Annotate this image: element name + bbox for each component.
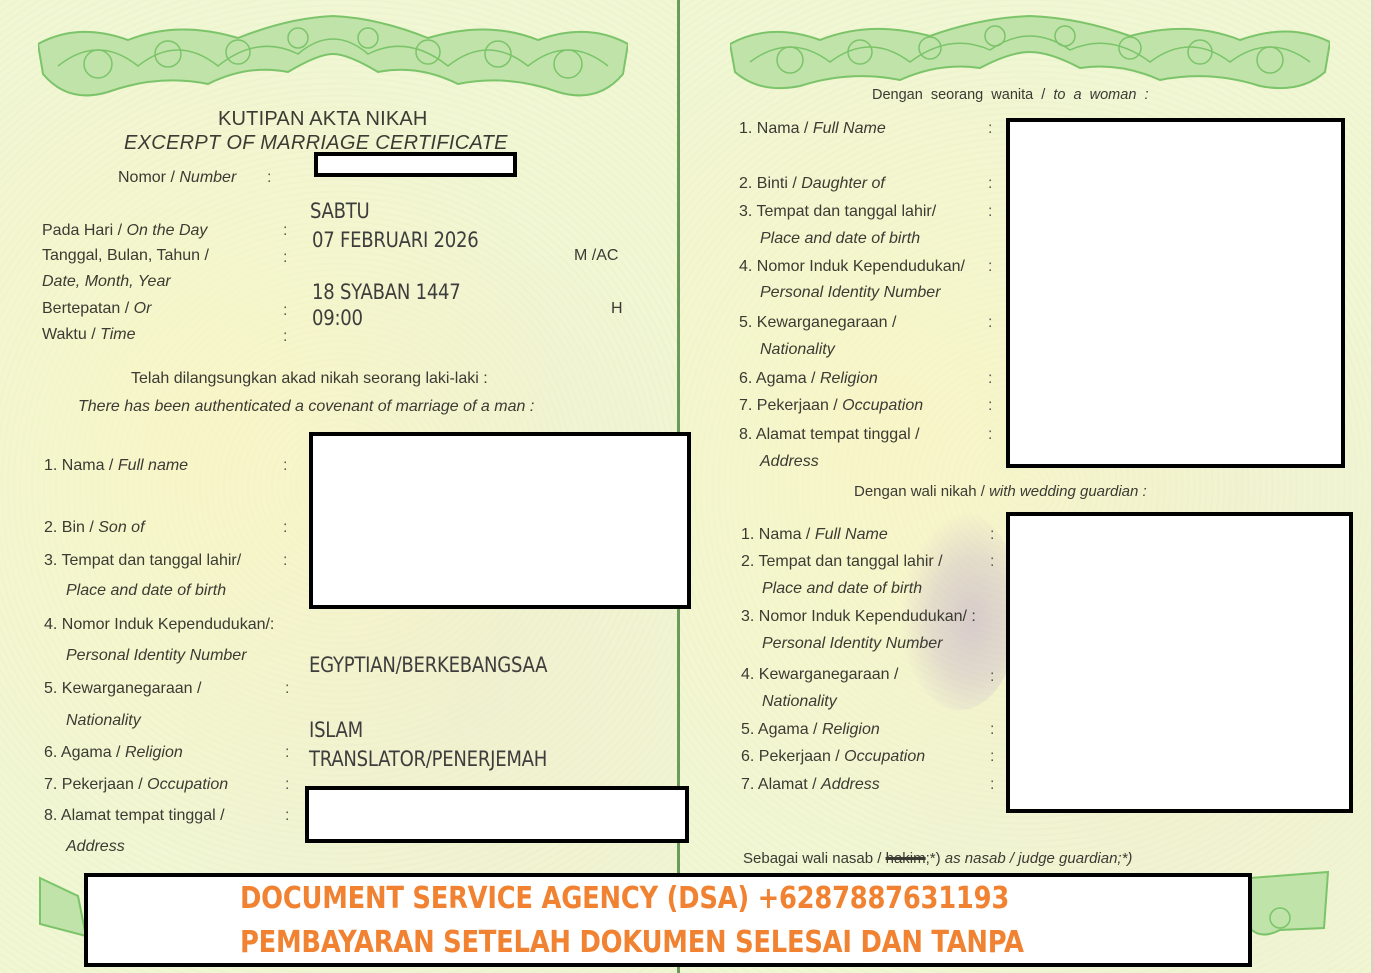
ornament-top-right-icon — [730, 14, 1330, 94]
date-value: 07 FEBRUARI 2026 — [312, 228, 478, 252]
colon: : — [988, 258, 992, 276]
colon: : — [990, 776, 994, 794]
date-label: Tanggal, Bulan, Tahun / — [42, 247, 209, 265]
redacted-bride-identity — [1006, 118, 1345, 468]
ornament-bottom-left-icon — [38, 876, 88, 946]
groom-field-name: 1. Nama / Full name — [44, 457, 188, 475]
colon: : — [283, 519, 287, 537]
groom-nationality-value: EGYPTIAN/BERKEBANGSAA — [309, 653, 547, 677]
groom-field-nik: 4. Nomor Induk Kependudukan/: — [44, 616, 274, 634]
bride-field-birth: 3. Tempat dan tanggal lahir/ — [739, 203, 936, 221]
redacted-groom-address — [305, 786, 689, 843]
colon: : — [283, 457, 287, 475]
bride-field-father: 2. Binti / Daughter of — [739, 175, 885, 193]
colon: : — [988, 397, 992, 415]
colon: : — [283, 328, 287, 346]
colon: : — [990, 553, 994, 571]
colon: : — [283, 552, 287, 570]
groom-field-nationality-en: Nationality — [66, 712, 141, 730]
intro-text-en: There has been authenticated a covenant … — [78, 398, 534, 416]
guardian-field-nationality: 4. Kewarganegaraan / — [741, 666, 898, 684]
time-label: Waktu / Time — [42, 326, 136, 344]
colon: : — [990, 721, 994, 739]
groom-field-religion: 6. Agama / Religion — [44, 744, 183, 762]
banner-line-2: PEMBAYARAN SETELAH DOKUMEN SELESAI DAN T… — [240, 925, 1024, 960]
colon: : — [283, 302, 287, 320]
colon: : — [988, 314, 992, 332]
guardian-field-religion: 5. Agama / Religion — [741, 721, 880, 739]
bride-field-nationality-en: Nationality — [760, 341, 835, 359]
groom-field-birth-en: Place and date of birth — [66, 582, 226, 600]
bride-field-religion: 6. Agama / Religion — [739, 370, 878, 388]
bride-field-name: 1. Nama / Full Name — [739, 120, 886, 138]
day-label: Pada Hari / On the Day — [42, 222, 207, 240]
groom-occupation-value: TRANSLATOR/PENERJEMAH — [309, 747, 547, 771]
colon: : — [990, 668, 994, 686]
groom-field-nik-en: Personal Identity Number — [66, 647, 247, 665]
groom-field-father: 2. Bin / Son of — [44, 519, 145, 537]
guardian-field-name: 1. Nama / Full Name — [741, 526, 888, 544]
colon: : — [990, 748, 994, 766]
ornament-bottom-right-icon — [1250, 868, 1330, 948]
struck-word: hakim — [886, 850, 926, 867]
guardian-field-birth-en: Place and date of birth — [762, 580, 922, 598]
date-label-en: Date, Month, Year — [42, 273, 171, 291]
groom-field-address: 8. Alamat tempat tinggal / — [44, 807, 225, 825]
bride-field-birth-en: Place and date of birth — [760, 230, 920, 248]
bride-field-nik-en: Personal Identity Number — [760, 284, 941, 302]
guardian-field-nationality-en: Nationality — [762, 693, 837, 711]
banner-line-1: DOCUMENT SERVICE AGENCY (DSA) +628788763… — [240, 881, 1009, 916]
bride-field-nik: 4. Nomor Induk Kependudukan/ — [739, 258, 965, 276]
intro-text: Telah dilangsungkan akad nikah seorang l… — [131, 370, 488, 388]
groom-field-birth: 3. Tempat dan tanggal lahir/ — [44, 552, 241, 570]
hijri-value: 18 SYABAN 1447 — [312, 280, 461, 304]
groom-religion-value: ISLAM — [309, 718, 363, 742]
redacted-number — [314, 152, 517, 177]
time-value: 09:00 — [312, 306, 363, 330]
colon: : — [283, 249, 287, 267]
groom-field-occupation: 7. Pekerjaan / Occupation — [44, 776, 228, 794]
redacted-groom-identity — [309, 432, 691, 609]
guardian-field-occupation: 6. Pekerjaan / Occupation — [741, 748, 925, 766]
colon: : — [988, 203, 992, 221]
colon: : — [988, 120, 992, 138]
colon: : — [285, 744, 289, 762]
colon: : — [988, 426, 992, 444]
groom-field-nationality: 5. Kewarganegaraan / — [44, 680, 201, 698]
bride-field-occupation: 7. Pekerjaan / Occupation — [739, 397, 923, 415]
colon: : — [988, 175, 992, 193]
redacted-guardian-identity — [1006, 512, 1353, 813]
colon: : — [285, 807, 289, 825]
or-label: Bertepatan / Or — [42, 300, 151, 318]
guardian-field-nik: 3. Nomor Induk Kependudukan/ : — [741, 608, 976, 626]
guardian-field-nik-en: Personal Identity Number — [762, 635, 943, 653]
agency-banner: DOCUMENT SERVICE AGENCY (DSA) +628788763… — [84, 873, 1252, 967]
colon: : — [267, 169, 271, 187]
colon: : — [285, 680, 289, 698]
guardian-field-birth: 2. Tempat dan tanggal lahir / — [741, 553, 943, 571]
ornament-top-left-icon — [38, 14, 628, 104]
colon: : — [283, 222, 287, 240]
guardian-field-address: 7. Alamat / Address — [741, 776, 880, 794]
day-value: SABTU — [310, 199, 370, 223]
number-label: Nomor / Number — [118, 169, 236, 187]
guardian-heading: Dengan wali nikah / with wedding guardia… — [854, 483, 1147, 500]
groom-field-address-en: Address — [66, 838, 125, 856]
woman-heading: Dengan seorang wanita / to a woman : — [872, 87, 1148, 103]
hijri-suffix: H — [611, 300, 623, 318]
colon: : — [285, 776, 289, 794]
bride-field-nationality: 5. Kewarganegaraan / — [739, 314, 896, 332]
certificate-title: KUTIPAN AKTA NIKAH — [218, 108, 428, 131]
guardian-type-note: Sebagai wali nasab / hakim;*) as nasab /… — [743, 850, 1132, 867]
bride-field-address: 8. Alamat tempat tinggal / — [739, 426, 920, 444]
bride-field-address-en: Address — [760, 453, 819, 471]
colon: : — [990, 526, 994, 544]
date-suffix: M /AC — [574, 247, 618, 265]
colon: : — [988, 370, 992, 388]
